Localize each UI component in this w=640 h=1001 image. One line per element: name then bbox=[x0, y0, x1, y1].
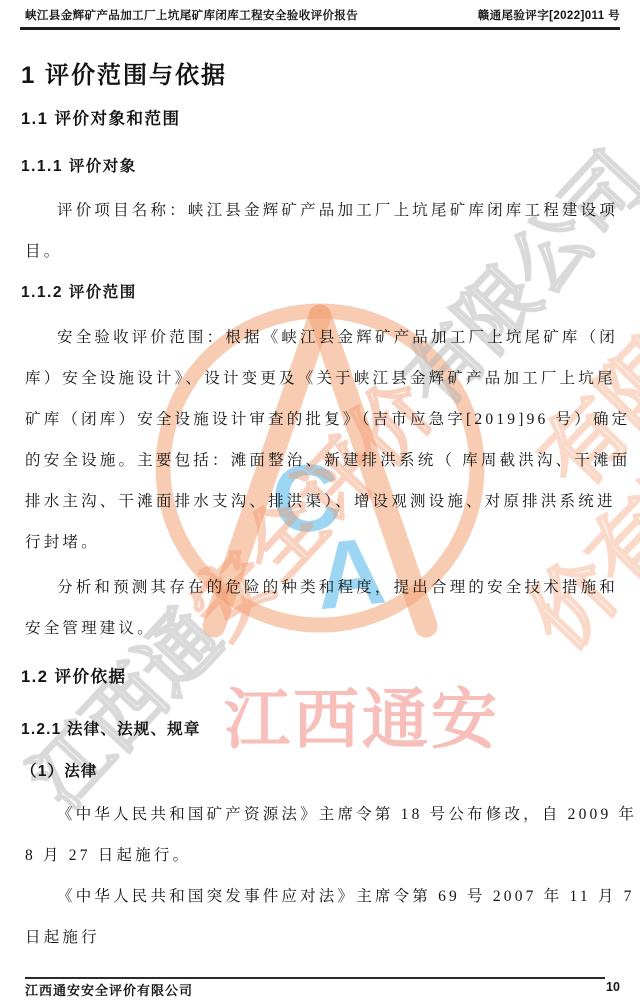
paragraph-law-mineral-resources: 《中华人民共和国矿产资源法》主席令第 18 号公布修改，自 2009 年 8 月… bbox=[25, 794, 640, 876]
paragraph-law-emergency-response: 《中华人民共和国突发事件应对法》主席令第 69 号 2007 年 11 月 7 … bbox=[25, 876, 640, 958]
section-heading-1-2-1: 1.2.1 法律、法规、规章 bbox=[21, 717, 201, 739]
paragraph-project-name: 评价项目名称：峡江县金辉矿产品加工厂上坑尾矿库闭库工程建设项 目。 bbox=[25, 190, 640, 272]
text-line: 行封堵。 bbox=[25, 522, 640, 563]
footer-rule bbox=[25, 977, 605, 979]
paragraph-evaluation-scope: 安全验收评价范围：根据《峡江县金辉矿产品加工厂上坑尾矿库（闭 库）安全设施设计》… bbox=[25, 317, 640, 563]
page-header: 峡江县金辉矿产品加工厂上坑尾矿库闭库工程安全验收评价报告 赣通尾验评字[2022… bbox=[25, 7, 620, 23]
text-line: 8 月 27 日起施行。 bbox=[25, 835, 640, 876]
paragraph-analysis: 分析和预测其存在的危险的种类和程度，提出合理的安全技术措施和 安全管理建议。 bbox=[25, 567, 640, 649]
text-line: 库）安全设施设计》、设计变更及《关于峡江县金辉矿产品加工厂上坑尾 bbox=[25, 358, 640, 399]
report-page: C A 江西通安全评价有限公司 价有限公司 有限公司 江西通安 峡江县金辉矿产品… bbox=[0, 0, 640, 1001]
section-heading-1-1-2: 1.1.2 评价范围 bbox=[21, 280, 137, 302]
footer-company-name: 江西通安安全评价有限公司 bbox=[25, 980, 193, 999]
text-line: 安全验收评价范围：根据《峡江县金辉矿产品加工厂上坑尾矿库（闭 bbox=[25, 317, 640, 358]
watermark-big-brand-text: 江西通安 bbox=[224, 666, 500, 761]
text-line: 分析和预测其存在的危险的种类和程度，提出合理的安全技术措施和 bbox=[25, 567, 640, 608]
text-line: 日起施行 bbox=[25, 917, 640, 958]
section-heading-1-1-1: 1.1.1 评价对象 bbox=[21, 154, 137, 176]
text-line: 《中华人民共和国矿产资源法》主席令第 18 号公布修改，自 2009 年 bbox=[25, 794, 640, 835]
text-line: 目。 bbox=[25, 231, 640, 272]
text-line: 矿库（闭库）安全设施设计审查的批复》（吉市应急字[2019]96 号）确定 bbox=[25, 399, 640, 440]
text-line: 《中华人民共和国突发事件应对法》主席令第 69 号 2007 年 11 月 7 bbox=[25, 876, 640, 917]
section-heading-1: 1 评价范围与依据 bbox=[21, 55, 227, 90]
header-report-title: 峡江县金辉矿产品加工厂上坑尾矿库闭库工程安全验收评价报告 bbox=[25, 7, 358, 23]
list-item-laws-label: （1）法律 bbox=[21, 759, 98, 781]
page-number: 10 bbox=[606, 980, 620, 994]
text-line: 的安全设施。主要包括：滩面整治、新建排洪系统（ 库周截洪沟、干滩面 bbox=[25, 440, 640, 481]
text-line: 评价项目名称：峡江县金辉矿产品加工厂上坑尾矿库闭库工程建设项 bbox=[25, 190, 640, 231]
text-line: 安全管理建议。 bbox=[25, 608, 640, 649]
section-heading-1-2: 1.2 评价依据 bbox=[21, 663, 127, 687]
header-doc-number: 赣通尾验评字[2022]011 号 bbox=[478, 7, 620, 23]
section-heading-1-1: 1.1 评价对象和范围 bbox=[21, 105, 181, 129]
header-rule bbox=[20, 27, 620, 30]
text-line: 排水主沟、干滩面排水支沟、排洪渠）、增设观测设施、对原排洪系统进 bbox=[25, 481, 640, 522]
